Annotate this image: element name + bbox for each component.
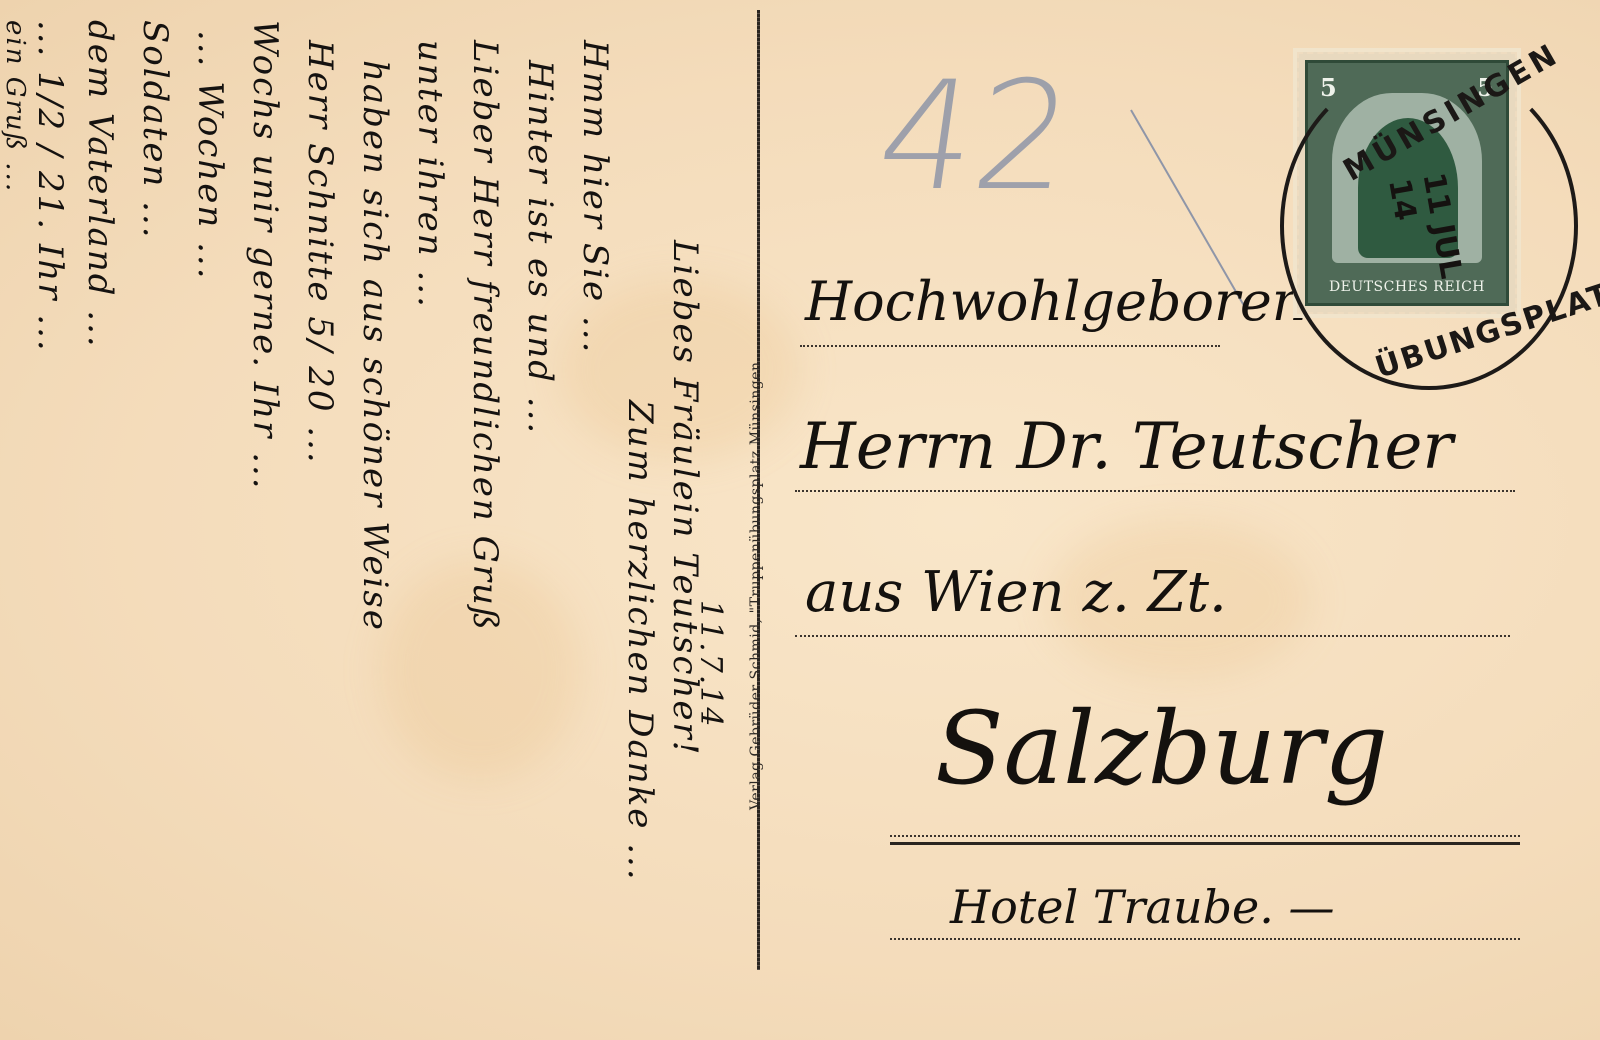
address-rule <box>890 938 1520 940</box>
address-honorific: Hochwohlgeboren <box>805 270 1307 333</box>
message-line: Zum herzlichen Danke ... <box>620 400 660 882</box>
message-line: ein Gruß ... <box>0 20 30 193</box>
postcard: 11.7.14 Liebes Fräulein Teutscher! Zum h… <box>0 0 1600 1040</box>
address-origin: aus Wien z. Zt. <box>805 560 1227 625</box>
address-rule-double <box>890 835 1520 837</box>
message-line: dem Vaterland ... <box>80 20 120 349</box>
message-area: 11.7.14 Liebes Fräulein Teutscher! Zum h… <box>0 0 760 1040</box>
address-rule <box>795 635 1510 637</box>
publisher-imprint: Verlag Gebrüder Schmid, "Truppenübungspl… <box>748 361 764 810</box>
message-line: ... 1/2 / 21. Ihr ... <box>30 20 70 353</box>
message-line: Hmm hier Sie ... <box>575 40 615 354</box>
message-line: Soldaten ... <box>135 20 175 240</box>
message-line: Lieber Herr freundlichen Gruß <box>465 40 505 632</box>
message-line: haben sich aus schöner Weise <box>355 60 395 632</box>
pencil-note: 42 <box>868 50 1083 224</box>
message-line: Hinter ist es und ... <box>520 60 560 435</box>
message-salutation: Liebes Fräulein Teutscher! <box>665 240 705 756</box>
message-line: unter ihren ... <box>410 40 450 309</box>
address-recipient: Herrn Dr. Teutscher <box>800 410 1453 484</box>
address-city: Salzburg <box>935 690 1388 807</box>
address-rule <box>795 490 1515 492</box>
message-line: ... Wochen ... <box>190 30 230 281</box>
address-rule <box>800 345 1220 347</box>
address-hotel: Hotel Traube. — <box>950 880 1335 934</box>
message-line: Wochs unir gerne. Ihr ... <box>245 20 285 491</box>
message-line: Herr Schnitte 5/ 20 ... <box>300 40 340 465</box>
